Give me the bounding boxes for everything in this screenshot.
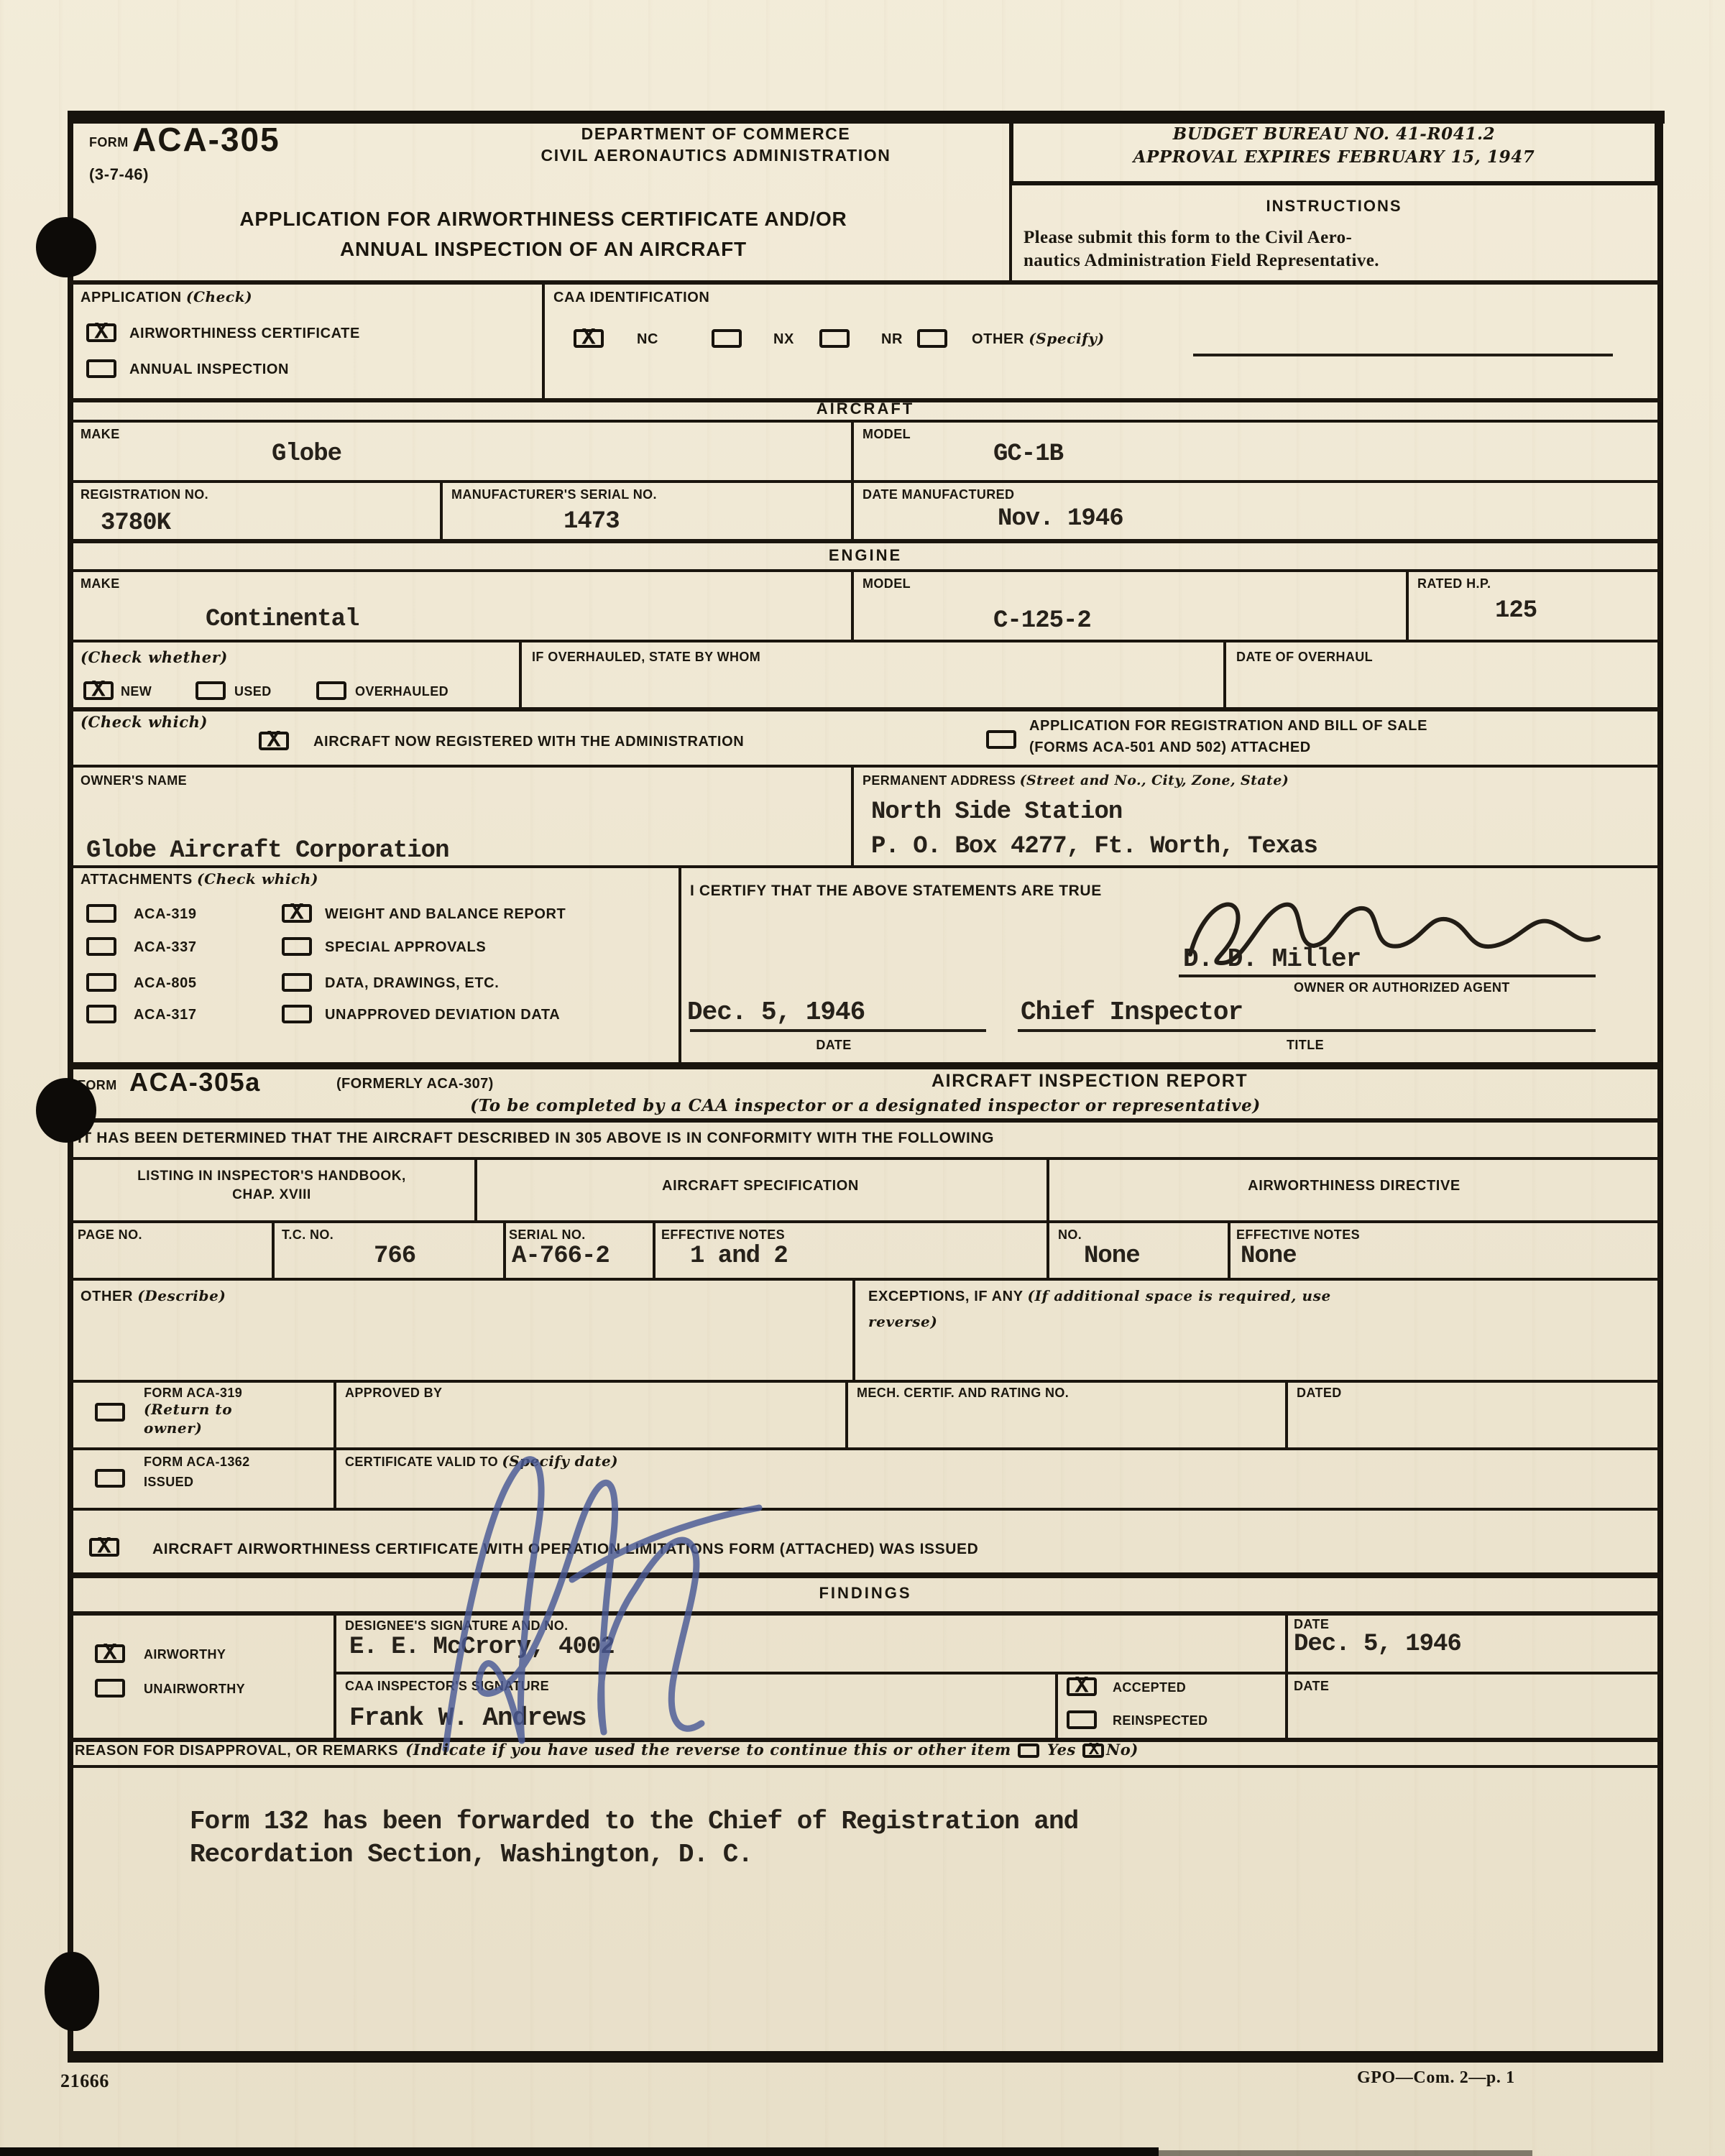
checkbox-mark: X [1089, 1741, 1099, 1759]
form319-approved-divider [845, 1380, 848, 1447]
findings-date2-label: DATE [1294, 1679, 1329, 1693]
attachments-label: ATTACHMENTS (Check which) [80, 872, 318, 888]
directive-notes-value: None [1241, 1243, 1297, 1271]
engine-make-value: Continental [206, 607, 359, 634]
punch-hole-bottom [45, 1952, 99, 2031]
special-approvals-checkbox [282, 937, 312, 956]
engine-section-title: ENGINE [69, 548, 1662, 565]
annual-inspection-checkbox [86, 359, 116, 378]
checkbox-mark: X [103, 1641, 116, 1664]
form-revision: (3-7-46) [89, 167, 149, 184]
certificate-issued-checkbox: X [89, 1538, 119, 1557]
nr-label: NR [881, 332, 903, 348]
address-line1: North Side Station [871, 799, 1122, 826]
caa-identification-label: CAA IDENTIFICATION [553, 290, 709, 306]
exceptions-hint2: reverse) [868, 1315, 937, 1331]
owners-name-value: Globe Aircraft Corporation [86, 838, 449, 865]
findings-accepted-divider [1055, 1672, 1058, 1738]
report-subtitle: (To be completed by a CAA inspector or a… [69, 1095, 1662, 1115]
unairworthy-checkbox [95, 1679, 125, 1697]
form-title-line2: ANNUAL INSPECTION OF AN AIRCRAFT [112, 237, 975, 260]
form1362-checkbox [95, 1469, 125, 1488]
table-row-divider4 [1046, 1220, 1049, 1278]
attachments-bottom-rule [69, 1062, 1662, 1069]
department-line1: DEPARTMENT OF COMMERCE [428, 126, 1003, 144]
reinspected-label: REINSPECTED [1113, 1713, 1207, 1728]
table-row-divider1 [272, 1220, 275, 1278]
punch-hole-top [36, 217, 96, 277]
findings-band-rule [69, 1611, 1662, 1616]
exceptions-hint1: (If additional space is required, use [1028, 1289, 1331, 1305]
nr-checkbox [819, 329, 850, 348]
application-label: APPLICATION (Check) [80, 290, 252, 306]
unairworthy-label: UNAIRWORTHY [144, 1682, 245, 1696]
instructions-title: INSTRUCTIONS [1009, 198, 1659, 216]
engine-make-label: MAKE [80, 576, 120, 591]
serial-no-value: 1473 [563, 509, 620, 536]
checkbox-mark: X [91, 678, 105, 701]
scan-edge-bottom [0, 2147, 1159, 2156]
directive-no-value: None [1084, 1243, 1140, 1271]
airworthiness-certificate-label: AIRWORTHINESS CERTIFICATE [129, 326, 360, 342]
signer-name-typed: D. D. Miller [1183, 946, 1361, 975]
signature-line [1179, 975, 1596, 977]
aca-337-checkbox [86, 937, 116, 956]
annual-inspection-label: ANNUAL INSPECTION [129, 362, 289, 378]
aircraft-make-value: Globe [272, 441, 341, 469]
table-header-rule [69, 1220, 1662, 1223]
aircraft-bottom-rule [69, 539, 1662, 543]
engine-row2-divider1 [519, 640, 522, 709]
owner-bottom-rule [69, 865, 1662, 868]
unapproved-deviation-checkbox [282, 1005, 312, 1023]
no-checkbox: X [1083, 1743, 1105, 1758]
certification-title-value: Chief Inspector [1021, 999, 1243, 1028]
report-title: AIRCRAFT INSPECTION REPORT [931, 1071, 1248, 1091]
form319-checkbox [95, 1403, 125, 1422]
spec-serial-label: SERIAL NO. [509, 1227, 586, 1242]
tc-no-label: T.C. NO. [282, 1227, 333, 1242]
form-body: FORM ACA-305 (3-7-46) DEPARTMENT OF COMM… [69, 112, 1662, 2063]
reason-row: REASON FOR DISAPPROVAL, OR REMARKS (Indi… [75, 1742, 1656, 1759]
airworthy-label: AIRWORTHY [144, 1647, 226, 1662]
department-line2: CIVIL AERONAUTICS ADMINISTRATION [428, 148, 1003, 165]
rated-hp-label: RATED H.P. [1417, 576, 1491, 591]
findings-label-divider [333, 1611, 336, 1738]
effective-notes-label: EFFECTIVE NOTES [661, 1227, 785, 1242]
owners-name-label: OWNER'S NAME [80, 773, 187, 788]
listing-header-line1: LISTING IN INSPECTOR'S HANDBOOK, [69, 1169, 474, 1184]
effective-notes-value: 1 and 2 [690, 1243, 788, 1271]
airworthiness-certificate-checkbox: X [86, 323, 116, 342]
form319-return-line2: owner) [144, 1422, 202, 1437]
certification-date-label: DATE [690, 1038, 977, 1052]
registered-label: AIRCRAFT NOW REGISTERED WITH THE ADMINIS… [313, 734, 744, 750]
aircraft-row2-divider2 [851, 480, 854, 539]
aca-337-label: ACA-337 [134, 940, 197, 956]
aca-319-checkbox [86, 904, 116, 923]
aircraft-section-title: AIRCRAFT [69, 401, 1662, 418]
engine-model-value: C-125-2 [993, 608, 1091, 635]
checkbox-mark: X [290, 900, 303, 923]
registered-checkbox: X [259, 732, 289, 750]
header-bottom-rule [69, 280, 1662, 285]
date-manufactured-label: DATE MANUFACTURED [862, 487, 1014, 502]
aircraft-row1-rule [69, 480, 1662, 483]
certificate-issued-bottom-rule [69, 1572, 1662, 1578]
form1362-bottom-rule [69, 1508, 1662, 1511]
reason-detail: (Indicate if you have used the reverse t… [405, 1742, 1011, 1759]
aircraft-model-label: MODEL [862, 427, 911, 441]
determination-statement: IT HAS BEEN DETERMINED THAT THE AIRCRAFT… [78, 1130, 994, 1147]
special-approvals-label: SPECIAL APPROVALS [325, 940, 486, 956]
tc-no-value: 766 [374, 1243, 415, 1271]
application-check-hint: (Check) [186, 290, 252, 306]
engine-row1-divider2 [1406, 569, 1409, 640]
report-header-rule [69, 1118, 1662, 1123]
page-no-label: PAGE NO. [78, 1227, 142, 1242]
airworthy-checkbox: X [95, 1644, 125, 1663]
findings-date1-label: DATE [1294, 1617, 1329, 1631]
yes-checkbox [1018, 1743, 1040, 1758]
engine-row1-rule [69, 640, 1662, 642]
checkbox-mark: X [1075, 1674, 1088, 1697]
scanned-form-page: FORM ACA-305 (3-7-46) DEPARTMENT OF COMM… [0, 0, 1725, 2156]
aircraft-row2-divider1 [440, 480, 443, 539]
attachments-divider [678, 865, 681, 1067]
checkbox-mark: X [267, 728, 280, 751]
table-row-divider5 [1228, 1220, 1230, 1278]
findings-section-title: FINDINGS [69, 1585, 1662, 1603]
other-checkbox [917, 329, 947, 348]
reinspected-checkbox [1067, 1710, 1097, 1729]
remarks-line1: Form 132 has been forwarded to the Chief… [190, 1808, 1078, 1837]
form-word: FORM [89, 135, 129, 149]
yes-label: Yes [1047, 1742, 1076, 1759]
unapproved-deviation-label: UNAPPROVED DEVIATION DATA [325, 1008, 560, 1023]
checkbox-mark: X [581, 326, 595, 349]
aircraft-model-value: GC-1B [993, 441, 1063, 469]
weight-balance-checkbox: X [282, 904, 312, 923]
mech-certif-label: MECH. CERTIF. AND RATING NO. [857, 1386, 1069, 1400]
determination-rule [69, 1157, 1662, 1160]
findings-date-divider [1285, 1611, 1288, 1738]
nx-checkbox [712, 329, 742, 348]
check-which-label: (Check which) [80, 714, 208, 732]
other-specify-line [1193, 354, 1613, 356]
form319-label: FORM ACA-319 [144, 1386, 242, 1400]
overhauled-label: OVERHAULED [355, 684, 448, 699]
check-whether-label: (Check whether) [80, 650, 228, 667]
reason-bottom-rule [69, 1765, 1662, 1768]
data-drawings-checkbox [282, 973, 312, 992]
aca-805-checkbox [86, 973, 116, 992]
form-number: ACA-305 [132, 121, 280, 160]
bill-of-sale-label-line1: APPLICATION FOR REGISTRATION AND BILL OF… [1029, 719, 1427, 734]
remarks-line2: Recordation Section, Washington, D. C. [190, 1841, 753, 1870]
form319-return-line1: (Return to [144, 1403, 232, 1419]
directive-no-label: NO. [1058, 1227, 1082, 1242]
checkbox-mark: X [94, 320, 108, 343]
other-exceptions-divider [852, 1278, 855, 1380]
budget-line1: BUDGET BUREAU NO. 41-R041.2 [1018, 124, 1650, 144]
form319-bottom-rule [69, 1447, 1662, 1450]
table-row-divider2 [503, 1220, 506, 1278]
title-line [1018, 1029, 1596, 1032]
address-line2: P. O. Box 4277, Ft. Worth, Texas [871, 834, 1317, 861]
aircraft-make-label: MAKE [80, 427, 120, 441]
checkbox-mark: X [97, 1534, 111, 1557]
reason-label: REASON FOR DISAPPROVAL, OR REMARKS [75, 1743, 398, 1759]
overhauled-checkbox [316, 681, 346, 700]
certification-title-label: TITLE [1075, 1038, 1535, 1052]
check-which-bottom-rule [69, 765, 1662, 768]
other-specify-hint: (Specify) [1029, 332, 1105, 348]
serial-no-label: MANUFACTURER'S SERIAL NO. [451, 487, 657, 502]
table-bottom-rule [69, 1278, 1662, 1281]
listing-header-line2: CHAP. XVIII [69, 1187, 474, 1203]
dated-label: DATED [1297, 1386, 1342, 1400]
footer-stock-number: 21666 [60, 2070, 109, 2093]
table-row-divider3 [653, 1220, 655, 1278]
scan-edge-bottom-faint [1159, 2150, 1532, 2156]
form-title-line1: APPLICATION FOR AIRWORTHINESS CERTIFICAT… [112, 207, 975, 230]
exceptions-label: EXCEPTIONS, IF ANY (If additional space … [868, 1289, 1331, 1305]
directive-header: AIRWORTHINESS DIRECTIVE [1046, 1179, 1662, 1194]
aca-317-label: ACA-317 [134, 1008, 197, 1023]
owner-divider [851, 765, 854, 865]
rated-hp-value: 125 [1495, 598, 1537, 625]
engine-row1-divider1 [851, 569, 854, 640]
directive-notes-label: EFFECTIVE NOTES [1236, 1227, 1360, 1242]
engine-row2-divider2 [1223, 640, 1226, 709]
engine-bottom-rule [69, 707, 1662, 711]
data-drawings-label: DATA, DRAWINGS, ETC. [325, 976, 499, 992]
spec-serial-value: A-766-2 [512, 1243, 609, 1271]
date-manufactured-value: Nov. 1946 [998, 506, 1123, 533]
permanent-address-label: PERMANENT ADDRESS (Street and No., City,… [862, 773, 1289, 789]
form1362-label-line2: ISSUED [144, 1475, 193, 1489]
engine-model-label: MODEL [862, 576, 911, 591]
certification-date-value: Dec. 5, 1946 [687, 999, 865, 1028]
application-divider [542, 280, 545, 398]
nc-label: NC [637, 332, 658, 348]
aca-317-checkbox [86, 1005, 116, 1023]
new-label: NEW [121, 684, 152, 699]
date-line [690, 1029, 986, 1032]
other-describe-label: OTHER (Describe) [80, 1289, 226, 1305]
punch-hole-middle [36, 1078, 96, 1143]
attachments-check-hint: (Check which) [197, 872, 318, 888]
budget-line2: APPROVAL EXPIRES FEBRUARY 15, 1947 [1018, 147, 1650, 167]
bill-of-sale-checkbox [986, 730, 1016, 749]
approved-by-label: APPROVED BY [345, 1386, 442, 1400]
engine-band-rule [69, 569, 1662, 572]
report-formerly: (FORMERLY ACA-307) [336, 1077, 494, 1092]
form319-dated-divider [1285, 1380, 1288, 1447]
used-label: USED [234, 684, 272, 699]
date-of-overhaul-label: DATE OF OVERHAUL [1236, 650, 1373, 664]
signer-role-label: OWNER OR AUTHORIZED AGENT [1294, 980, 1510, 995]
other-label: OTHER (Specify) [972, 332, 1105, 348]
other-describe-hint: (Describe) [137, 1289, 226, 1305]
findings-date1-value: Dec. 5, 1946 [1294, 1631, 1461, 1659]
close-paren: ) [1131, 1742, 1138, 1759]
form319-label-divider [333, 1380, 336, 1508]
certify-statement: I CERTIFY THAT THE ABOVE STATEMENTS ARE … [690, 883, 1102, 900]
accepted-checkbox: X [1067, 1677, 1097, 1696]
nc-checkbox: X [574, 329, 604, 348]
instructions-line2: nautics Administration Field Representat… [1023, 250, 1379, 272]
spec-header: AIRCRAFT SPECIFICATION [474, 1179, 1046, 1194]
address-format-hint: (Street and No., City, Zone, State) [1020, 773, 1289, 789]
nx-label: NX [773, 332, 794, 348]
registration-no-label: REGISTRATION NO. [80, 487, 208, 502]
accepted-label: ACCEPTED [1113, 1680, 1186, 1695]
form1362-label-line1: FORM ACA-1362 [144, 1455, 250, 1469]
aca-319-label: ACA-319 [134, 907, 197, 923]
overhauled-by-whom-label: IF OVERHAULED, STATE BY WHOM [532, 650, 760, 664]
bill-of-sale-label-line2: (FORMS ACA-501 AND 502) ATTACHED [1029, 740, 1311, 756]
instructions-line1: Please submit this form to the Civil Aer… [1023, 227, 1352, 249]
no-label: No) [1106, 1742, 1138, 1759]
weight-balance-label: WEIGHT AND BALANCE REPORT [325, 907, 566, 923]
aircraft-band-rule [69, 420, 1662, 423]
footer-gpo-imprint: GPO—Com. 2—p. 1 [1357, 2067, 1515, 2088]
registration-no-value: 3780K [101, 510, 170, 538]
aca-805-label: ACA-805 [134, 976, 197, 992]
report-form-number: ACA-305a [129, 1068, 261, 1098]
new-checkbox: X [83, 681, 114, 700]
used-checkbox [195, 681, 226, 700]
other-bottom-rule [69, 1380, 1662, 1383]
designee-signature-ink [402, 1442, 776, 1779]
